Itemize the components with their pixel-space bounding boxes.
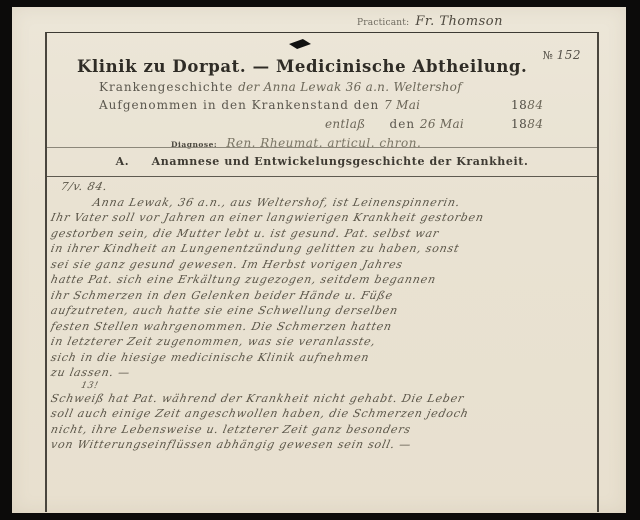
divider: [47, 176, 597, 177]
document-title: Klinik zu Dorpat. — Medicinische Abtheil…: [77, 57, 597, 76]
note-line: sei sie ganz gesund gewesen. Im Herbst v…: [49, 257, 600, 273]
note-line: hatte Pat. sich eine Erkältung zugezogen…: [49, 272, 600, 288]
krankengeschichte-value: der Anna Lewak 36 a.n. Weltershof: [238, 80, 462, 94]
practicant-value: Fr. Thomson: [415, 14, 503, 29]
note-line: Anna Lewak, 36 a.n., aus Weltershof, ist…: [49, 195, 600, 211]
section-heading: A. Anamnese und Entwickelungsgeschichte …: [47, 155, 597, 168]
note-line: Ihr Vater soll vor Jahren an einer langw…: [49, 210, 600, 226]
year-suffix: 84: [527, 117, 543, 131]
section-letter: A.: [116, 155, 130, 168]
note-line: nicht, ihre Lebensweise u. letzterer Zei…: [49, 422, 600, 438]
note-line: Schweiß hat Pat. während der Krankheit n…: [49, 391, 600, 407]
aufgenommen-date: 7 Mai: [384, 98, 420, 112]
practicant-field: Practicant: Fr. Thomson: [357, 14, 503, 29]
note-mark: 13!: [50, 381, 600, 391]
note-line: von Witterungseinflüssen abhängig gewese…: [49, 437, 600, 453]
aufgenommen-label: Aufgenommen in den Krankenstand den: [99, 98, 379, 112]
note-date: 7/v. 84.: [49, 179, 600, 195]
handwritten-notes: 7/v. 84. Anna Lewak, 36 a.n., aus Welter…: [51, 179, 599, 453]
aufgenommen-year: 1884: [511, 98, 544, 112]
note-line: aufzutreten, auch hatte sie eine Schwell…: [49, 303, 600, 319]
entlassen-label: den: [390, 117, 416, 131]
note-line: in letzterer Zeit zugenommen, was sie ve…: [49, 334, 600, 350]
year-prefix: 18: [511, 117, 527, 131]
aufgenommen-field: Aufgenommen in den Krankenstand den 7 Ma…: [99, 98, 420, 112]
note-line: ihr Schmerzen in den Gelenken beider Hän…: [49, 288, 600, 304]
entlassen-year: 1884: [511, 117, 544, 131]
section-title: Anamnese und Entwickelungsgeschichte der…: [152, 155, 529, 168]
form-frame: № 152 Klinik zu Dorpat. — Medicinische A…: [45, 32, 599, 512]
scan-viewport: Practicant: Fr. Thomson № 152 Klinik zu …: [0, 0, 640, 520]
krankengeschichte-field: Krankengeschichte der Anna Lewak 36 a.n.…: [99, 80, 462, 94]
note-line: gestorben sein, die Mutter lebt u. ist g…: [49, 226, 600, 242]
document-page: Practicant: Fr. Thomson № 152 Klinik zu …: [12, 7, 626, 513]
entlassen-hand-label: entlaß: [325, 117, 365, 131]
note-line: festen Stellen wahrgenommen. Die Schmerz…: [49, 319, 600, 335]
entlassen-date: 26 Mai: [420, 117, 464, 131]
note-line: soll auch einige Zeit angeschwollen habe…: [49, 406, 600, 422]
practicant-label: Practicant:: [357, 18, 409, 28]
note-line: in ihrer Kindheit an Lungenentzündung ge…: [49, 241, 600, 257]
entlassen-field: entlaß den 26 Mai: [325, 117, 464, 131]
year-prefix: 18: [511, 98, 527, 112]
note-line: zu lassen. —: [49, 365, 600, 381]
year-suffix: 84: [527, 98, 543, 112]
krankengeschichte-label: Krankengeschichte: [99, 80, 233, 94]
note-line: sich in die hiesige medicinische Klinik …: [49, 350, 600, 366]
divider: [47, 147, 597, 148]
diamond-ornament-icon: [286, 39, 314, 49]
